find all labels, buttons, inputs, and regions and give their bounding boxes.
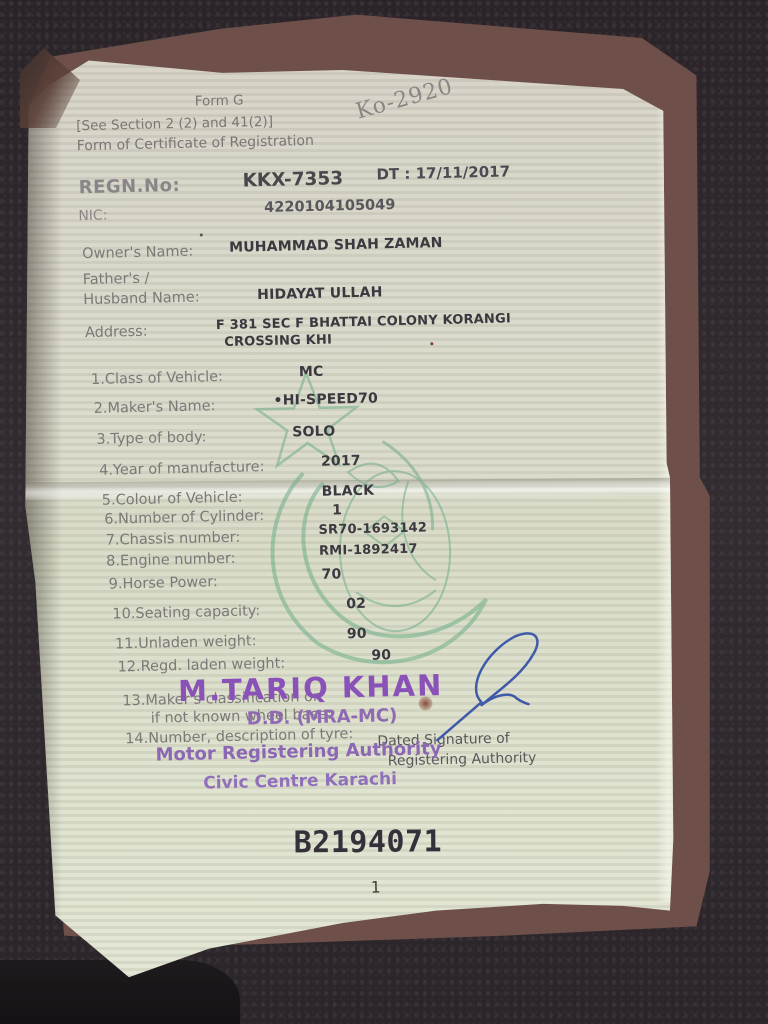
field-value: RMI-1892417: [319, 542, 418, 559]
signature-icon: [425, 626, 558, 749]
father-husband-value: HIDAYAT ULLAH: [257, 284, 383, 303]
registration-number: KKX-7353: [242, 168, 343, 191]
field-value: SOLO: [292, 423, 335, 440]
registration-date: DT : 17/11/2017: [376, 162, 510, 183]
husband-label: Husband Name:: [83, 289, 200, 308]
stamp-designation: D.D. (MRA-MC): [247, 705, 398, 729]
field-label: 8.Engine number:: [106, 551, 236, 570]
field-label: 11.Unladen weight:: [115, 633, 257, 652]
field-value: BLACK: [321, 483, 374, 500]
registration-certificate: Form G [See Section 2 (2) and 41(2)] For…: [22, 30, 690, 982]
serial-number: B2194071: [294, 824, 443, 860]
field-value: 90: [371, 647, 391, 663]
form-title: Form G: [195, 92, 244, 109]
nic-label: NIC:: [78, 208, 107, 225]
page-number: 1: [370, 878, 380, 897]
field-label: 5.Colour of Vehicle:: [102, 490, 243, 509]
ink-dot: [430, 342, 433, 345]
field-label: 4.Year of manufacture:: [99, 459, 265, 479]
field-value: 02: [346, 596, 366, 612]
field-label: 3.Type of body:: [96, 429, 206, 447]
form-subtitle: Form of Certificate of Registration: [77, 133, 315, 154]
nic-value: 4220104105049: [264, 197, 396, 216]
field-value: SR70-1693142: [318, 520, 427, 537]
field-label: 6.Number of Cylinder:: [104, 508, 264, 528]
field-value: 1: [332, 502, 342, 518]
field-value: 2017: [321, 453, 361, 470]
field-value: 70: [321, 566, 341, 582]
certificate-content: Form G [See Section 2 (2) and 41(2)] For…: [11, 23, 700, 990]
field-label: 1.Class of Vehicle:: [91, 369, 223, 388]
owner-value: MUHAMMAD SHAH ZAMAN: [229, 235, 443, 256]
field-value: 90: [347, 626, 367, 642]
field-value: MC: [299, 364, 324, 381]
stamp-location: Civic Centre Karachi: [203, 769, 397, 793]
field-label: 10.Seating capacity:: [112, 603, 260, 622]
father-label: Father's /: [83, 271, 150, 289]
form-reference: [See Section 2 (2) and 41(2)]: [76, 114, 273, 134]
handwritten-note: Ko-2920: [353, 74, 456, 124]
stamp-name: M.TARIQ KHAN: [178, 668, 444, 708]
address-label: Address:: [85, 324, 148, 341]
field-value: •HI-SPEED70: [273, 390, 378, 408]
field-label: 2.Maker's Name:: [94, 398, 216, 417]
address-line-2: CROSSING KHI: [224, 333, 332, 350]
field-label: 7.Chassis number:: [106, 530, 241, 549]
registration-label: REGN.No:: [78, 175, 180, 198]
address-line-1: F 381 SEC F BHATTAI COLONY KORANGI: [216, 311, 511, 333]
field-label: 9.Horse Power:: [109, 574, 218, 592]
ink-dot: [200, 233, 203, 236]
owner-label: Owner's Name:: [82, 244, 194, 263]
